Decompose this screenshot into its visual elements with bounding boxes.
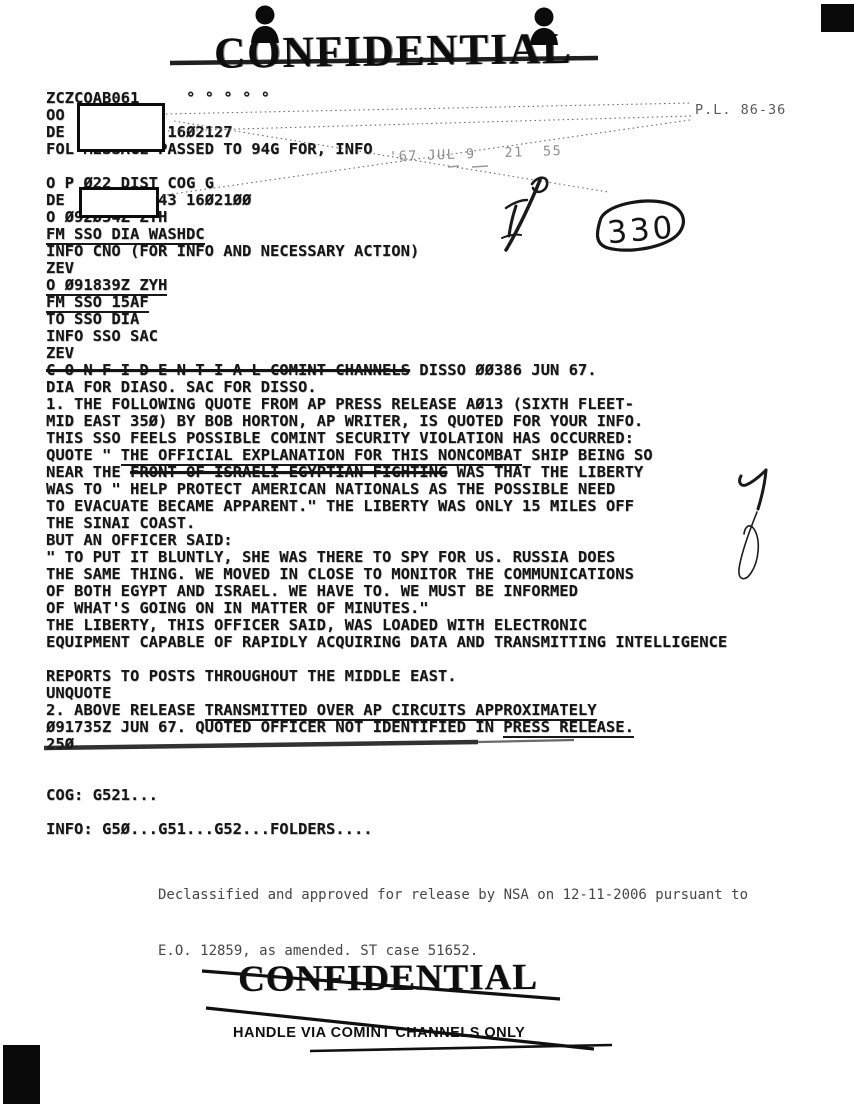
person-silhouette-icon — [248, 5, 282, 43]
text-segment: TO EVACUATE BECAME APPARENT." THE LIBERT… — [46, 497, 634, 515]
message-line: COG: G521... — [46, 787, 727, 804]
text-segment: BUT AN OFFICER SAID: — [46, 531, 233, 549]
text-segment: THE LIBERTY, THIS OFFICER SAID, WAS LOAD… — [46, 616, 587, 634]
message-line — [46, 158, 727, 175]
message-line — [46, 804, 727, 821]
text-segment: 1. THE FOLLOWING QUOTE FROM AP PRESS REL… — [46, 395, 634, 413]
message-line: NEAR THE FRONT OF ISRAELI-EGYPTIAN FIGHT… — [46, 464, 727, 481]
pl-86-36-label: P.L. 86-36 — [695, 102, 786, 118]
message-line: WAS TO " HELP PROTECT AMERICAN NATIONALS… — [46, 481, 727, 498]
text-segment: NEAR THE — [46, 463, 130, 481]
message-line: TO SSO DIA — [46, 311, 727, 328]
message-line: QUOTE " THE OFFICIAL EXPLANATION FOR THI… — [46, 447, 727, 464]
message-line: THE SINAI COAST. — [46, 515, 727, 532]
text-segment: INFO SSO SAC — [46, 327, 158, 345]
scanned-document-page: CONFIDENTIAL ZCZCOAB061 ° ° ° ° °OODE 16… — [0, 0, 854, 1104]
message-line: 25Ø — [46, 736, 727, 753]
text-segment: DISSO ØØ386 JUN 67. — [410, 361, 597, 379]
message-line — [46, 770, 727, 787]
text-segment: TO SSO DIA — [46, 310, 139, 328]
text-segment: OF WHAT'S GOING ON IN MATTER OF MINUTES.… — [46, 599, 429, 617]
message-line: OF BOTH EGYPT AND ISRAEL. WE HAVE TO. WE… — [46, 583, 727, 600]
message-line: 2. ABOVE RELEASE TRANSMITTED OVER AP CIR… — [46, 702, 727, 719]
text-segment: THE SINAI COAST. — [46, 514, 195, 532]
text-segment: DIA FOR DIASO. SAC FOR DISSO. — [46, 378, 317, 396]
text-segment: " TO PUT IT BLUNTLY, SHE WAS THERE TO SP… — [46, 548, 615, 566]
text-segment: COG: G521... — [46, 786, 158, 804]
text-segment: THIS SSO FEELS POSSIBLE COMINT SECURITY … — [46, 429, 634, 447]
text-segment: ZEV — [46, 344, 74, 362]
message-line: INFO CNO (FOR INFO AND NECESSARY ACTION) — [46, 243, 727, 260]
message-line: THE SAME THING. WE MOVED IN CLOSE TO MON… — [46, 566, 727, 583]
redaction-box — [79, 187, 159, 218]
message-line: FM SSO DIA WASHDC — [46, 226, 727, 243]
message-line: Ø91735Z JUN 67. QUOTED OFFICER NOT IDENT… — [46, 719, 727, 736]
text-segment: OO — [46, 106, 65, 124]
text-segment: SHIP BEING SO — [522, 446, 653, 464]
message-line: 1. THE FOLLOWING QUOTE FROM AP PRESS REL… — [46, 396, 727, 413]
message-line: BUT AN OFFICER SAID: — [46, 532, 727, 549]
message-line: OF WHAT'S GOING ON IN MATTER OF MINUTES.… — [46, 600, 727, 617]
message-line: ZEV — [46, 260, 727, 277]
person-silhouette-icon — [527, 7, 561, 45]
handle-via-comint-line: HANDLE VIA COMINT CHANNELS ONLY — [233, 1025, 525, 1041]
text-segment: Ø91735Z JUN 67. QUOTED OFFICER NOT IDENT… — [46, 718, 503, 736]
text-segment: REPORTS TO POSTS THROUGHOUT THE MIDDLE E… — [46, 667, 457, 685]
struck-text: C O N F I D E N T I A L COMINT CHANNELS — [46, 361, 410, 379]
pen-squiggle-mark — [739, 470, 766, 579]
text-segment: INFO CNO (FOR INFO AND NECESSARY ACTION) — [46, 242, 419, 260]
text-segment: OF BOTH EGYPT AND ISRAEL. WE HAVE TO. WE… — [46, 582, 578, 600]
text-segment: WAS TO " HELP PROTECT AMERICAN NATIONALS… — [46, 480, 615, 498]
text-segment: 25Ø — [46, 735, 74, 753]
redaction-box — [77, 103, 165, 152]
scan-corner-artifact — [821, 4, 854, 32]
message-line: THIS SSO FEELS POSSIBLE COMINT SECURITY … — [46, 430, 727, 447]
message-line: TO EVACUATE BECAME APPARENT." THE LIBERT… — [46, 498, 727, 515]
message-line: O Ø91839Z ZYH — [46, 277, 727, 294]
text-segment: QUOTE " — [46, 446, 121, 464]
declassification-line: Declassified and approved for release by… — [158, 886, 748, 905]
message-line: ZEV — [46, 345, 727, 362]
text-segment: EQUIPMENT CAPABLE OF RAPIDLY ACQUIRING D… — [46, 633, 727, 651]
message-line — [46, 753, 727, 770]
text-segment: UNQUOTE — [46, 684, 111, 702]
text-segment: ZEV — [46, 259, 74, 277]
text-segment: WAS THAT THE LIBERTY — [447, 463, 643, 481]
message-line — [46, 651, 727, 668]
text-segment: THE SAME THING. WE MOVED IN CLOSE TO MON… — [46, 565, 634, 583]
message-line: REPORTS TO POSTS THROUGHOUT THE MIDDLE E… — [46, 668, 727, 685]
text-segment: INFO: G5Ø...G51...G52...FOLDERS.... — [46, 820, 373, 838]
message-line: UNQUOTE — [46, 685, 727, 702]
scan-corner-artifact — [3, 1045, 40, 1104]
message-line: C O N F I D E N T I A L COMINT CHANNELS … — [46, 362, 727, 379]
struck-text: FRONT OF ISRAELI-EGYPTIAN FIGHTING — [130, 463, 447, 481]
message-line: INFO SSO SAC — [46, 328, 727, 345]
underlined-text: PRESS RELEASE. — [503, 718, 634, 738]
text-segment: MID EAST 35Ø) BY BOB HORTON, AP WRITER, … — [46, 412, 643, 430]
message-line: DIA FOR DIASO. SAC FOR DISSO. — [46, 379, 727, 396]
message-line: INFO: G5Ø...G51...G52...FOLDERS.... — [46, 821, 727, 838]
message-line: EQUIPMENT CAPABLE OF RAPIDLY ACQUIRING D… — [46, 634, 727, 651]
bottom-confidential-stamp: CONFIDENTIAL — [238, 956, 538, 1001]
text-segment: 2. ABOVE RELEASE — [46, 701, 205, 719]
message-line: MID EAST 35Ø) BY BOB HORTON, AP WRITER, … — [46, 413, 727, 430]
message-line: THE LIBERTY, THIS OFFICER SAID, WAS LOAD… — [46, 617, 727, 634]
message-line: " TO PUT IT BLUNTLY, SHE WAS THERE TO SP… — [46, 549, 727, 566]
message-line: FM SSO 15AF — [46, 294, 727, 311]
